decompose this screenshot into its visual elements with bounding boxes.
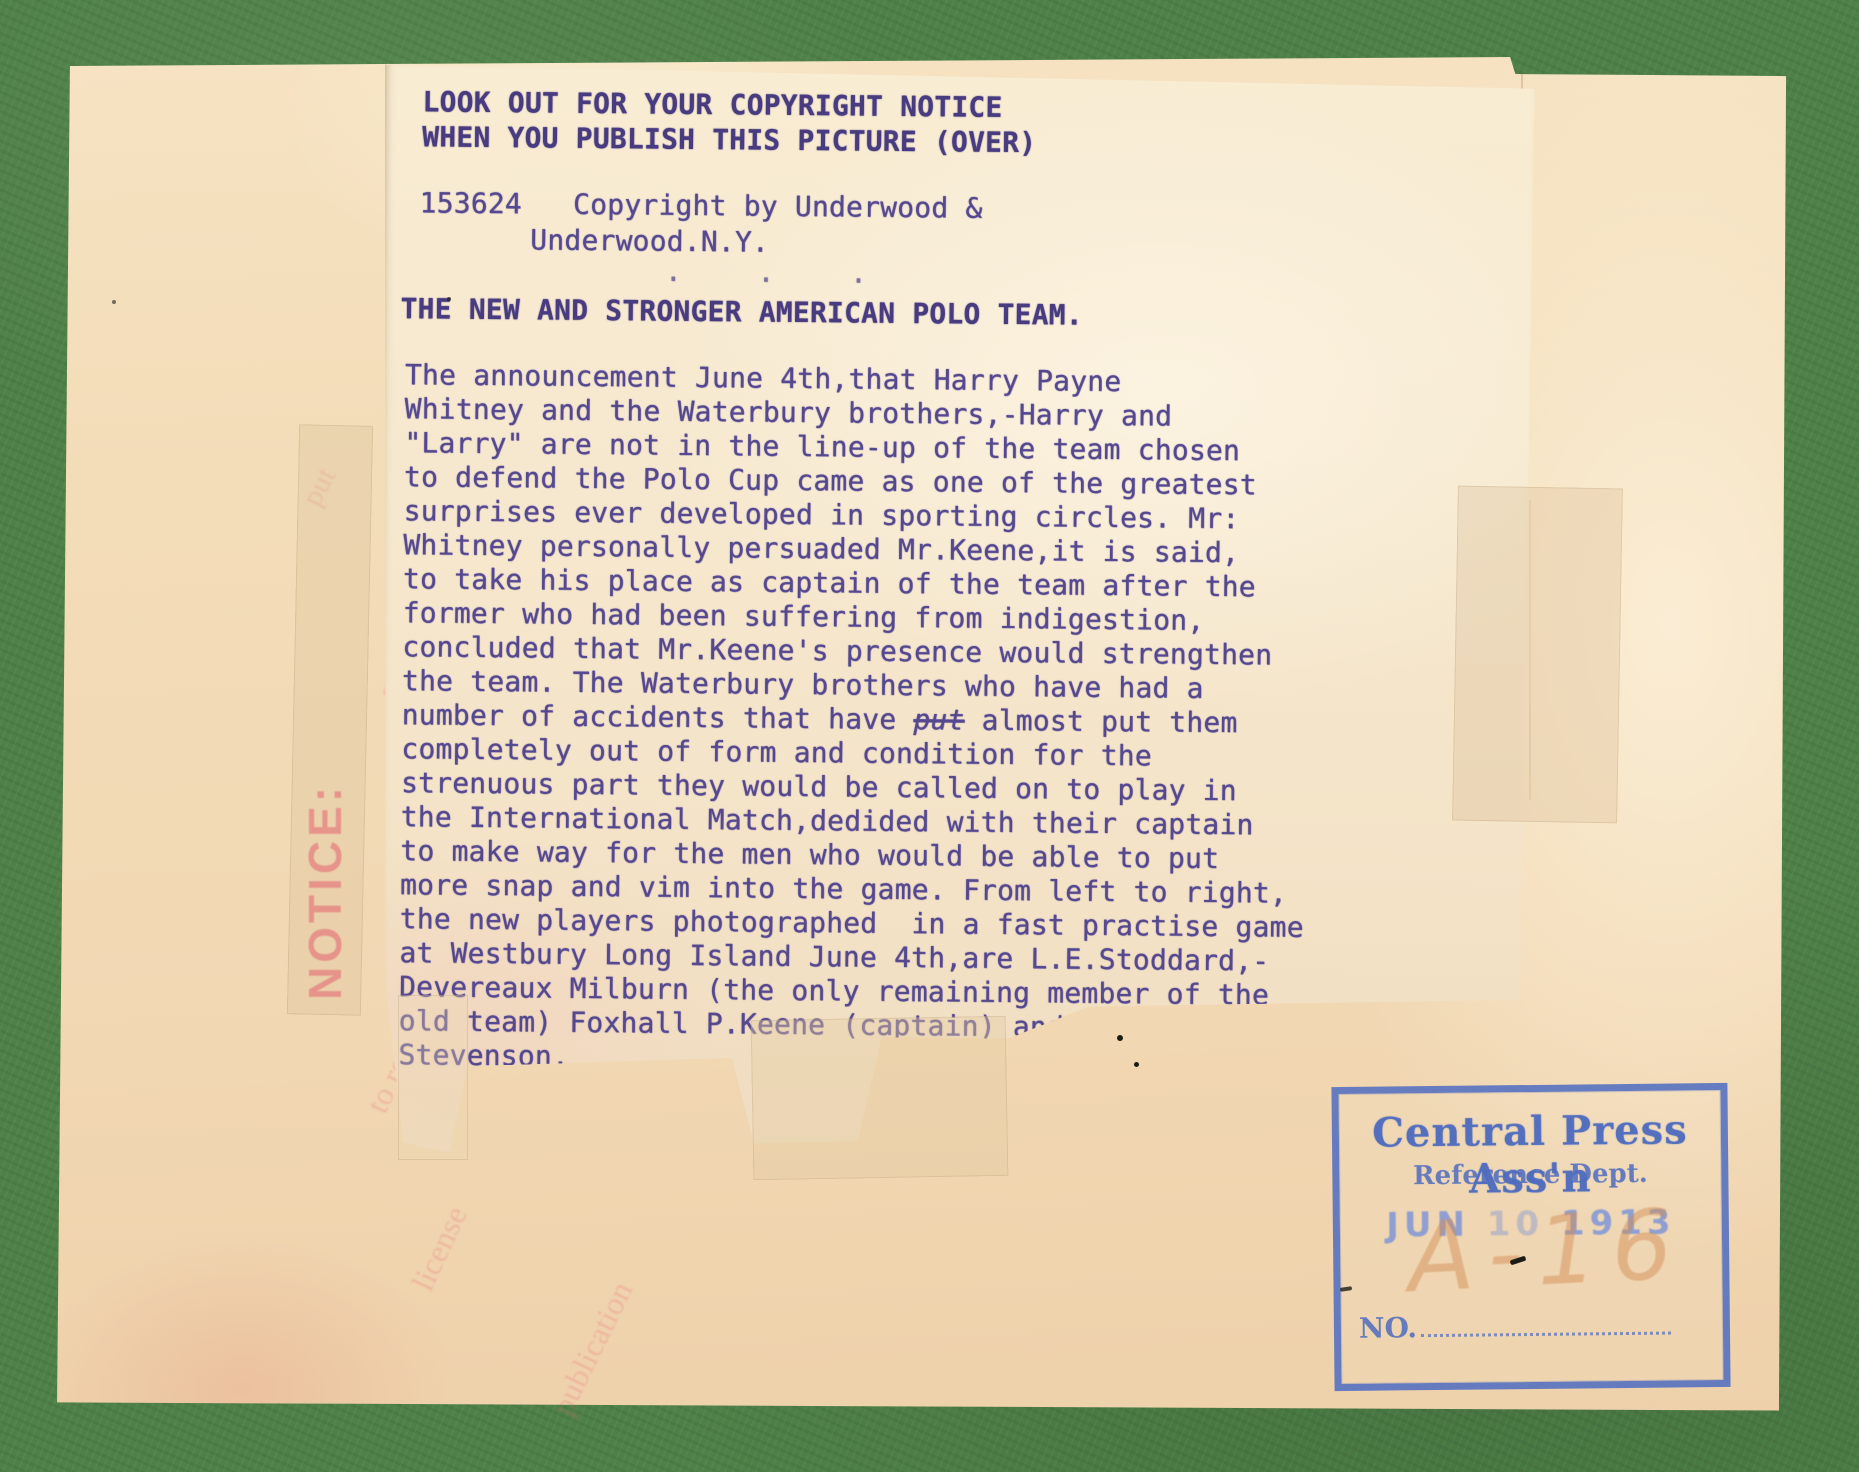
scan-of-press-photo-back: be put granted on to reproduce license p… [0,0,1859,1472]
copyright-warning-line1: LOOK OUT FOR YOUR COPYRIGHT NOTICE [422,85,1002,125]
notice-stamp-vertical-word: NOTICE: [298,783,352,1000]
strike-pre: number of accidents that have [402,698,914,736]
handwritten-archive-code: A-16 [1405,1188,1689,1314]
tape-strip-bottom-left [398,995,468,1160]
ink-speck [1134,1062,1139,1067]
tape-strip-right [1452,486,1623,824]
struck-word: put [913,703,965,736]
stamp-dept-name: Reference Dept. [1339,1158,1721,1192]
copyright-warning-line2: WHEN YOU PUBLISH THIS PICTURE (OVER) [422,120,1036,160]
ink-speck [1117,1035,1123,1041]
stamp-no-label: NO. [1359,1311,1417,1345]
stamp-number-blank-line [1421,1312,1671,1338]
separator-dots: . . . [665,255,881,291]
ink-speck [447,297,451,301]
credit-line2: Underwood.N.Y. [530,223,769,259]
ink-speck [112,300,116,304]
strike-post: almost put them [964,704,1237,740]
typewritten-caption-slip: LOOK OUT FOR YOUR COPYRIGHT NOTICE WHEN … [374,58,1534,1164]
stamp-number-row: NO. [1359,1309,1671,1345]
caption-title: THE NEW AND STRONGER AMERICAN POLO TEAM. [400,292,1083,333]
photo-number-and-credit: 153624 Copyright by Underwood & [419,186,982,225]
tape-strip-bottom [751,1016,1009,1180]
